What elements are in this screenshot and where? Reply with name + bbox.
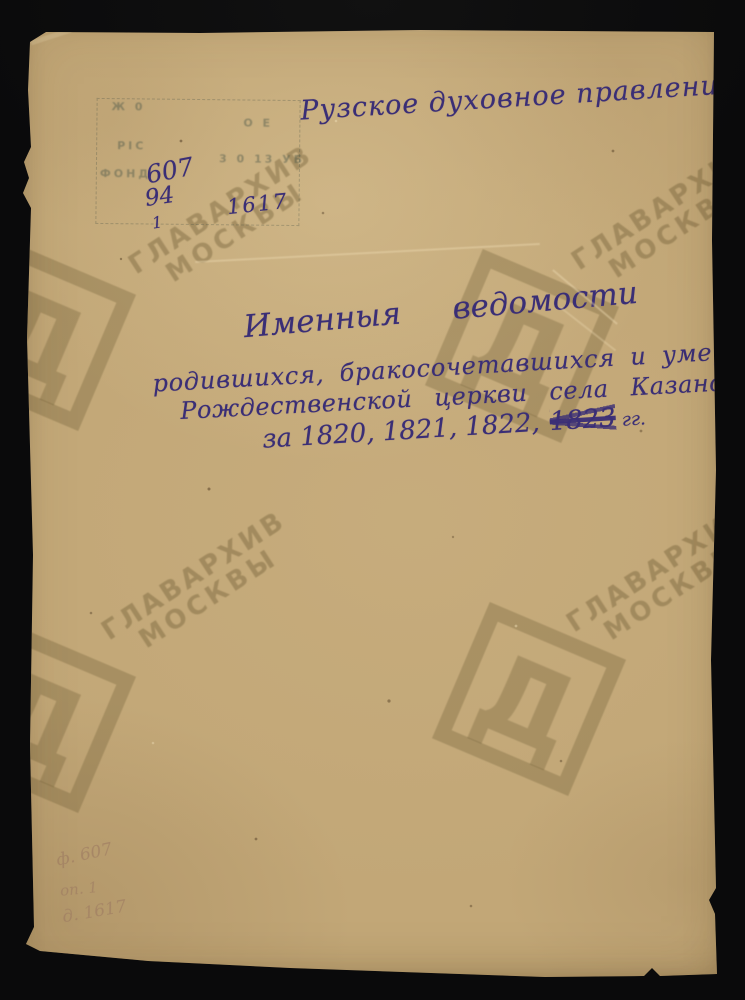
watermark-text: ГЛАВАРХИВ МОСКВЫ [562, 499, 745, 662]
years-suffix: гг. [621, 408, 646, 430]
stamp-number-inventory: 94 [143, 182, 176, 212]
struck-year: 1823 [549, 403, 617, 437]
stamp-fragment: ФОНД [100, 167, 151, 181]
stamp-fragment: РІС [117, 139, 146, 152]
watermark-text: ГЛАВАРХИВ МОСКВЫ [97, 507, 306, 670]
pencil-note-fond: ф. 607 [55, 839, 114, 870]
glavarkhiv-logo-icon: Д [0, 237, 136, 431]
header-inscription: Рузское духовное правление. [299, 68, 745, 126]
torn-corner-highlight [30, 28, 71, 46]
paper-specks [0, 0, 2, 2]
stamp-fragment: Ж 0 [112, 100, 146, 113]
document-page: Д ГЛАВАРХИВ МОСКВЫ Д ГЛАВАРХИВ МОСКВЫ Д … [0, 0, 745, 1000]
pencil-note-item: д. 1617 [61, 897, 128, 928]
scan-background: Д ГЛАВАРХИВ МОСКВЫ Д ГЛАВАРХИВ МОСКВЫ Д … [0, 0, 745, 1000]
watermark-text: ГЛАВАРХИВ МОСКВЫ [567, 137, 745, 300]
stamp-fragment: 3 0 13 УБ [219, 152, 305, 166]
pencil-note-inventory: оп. 1 [59, 878, 98, 900]
stamp-fragment: О Е [243, 116, 273, 129]
